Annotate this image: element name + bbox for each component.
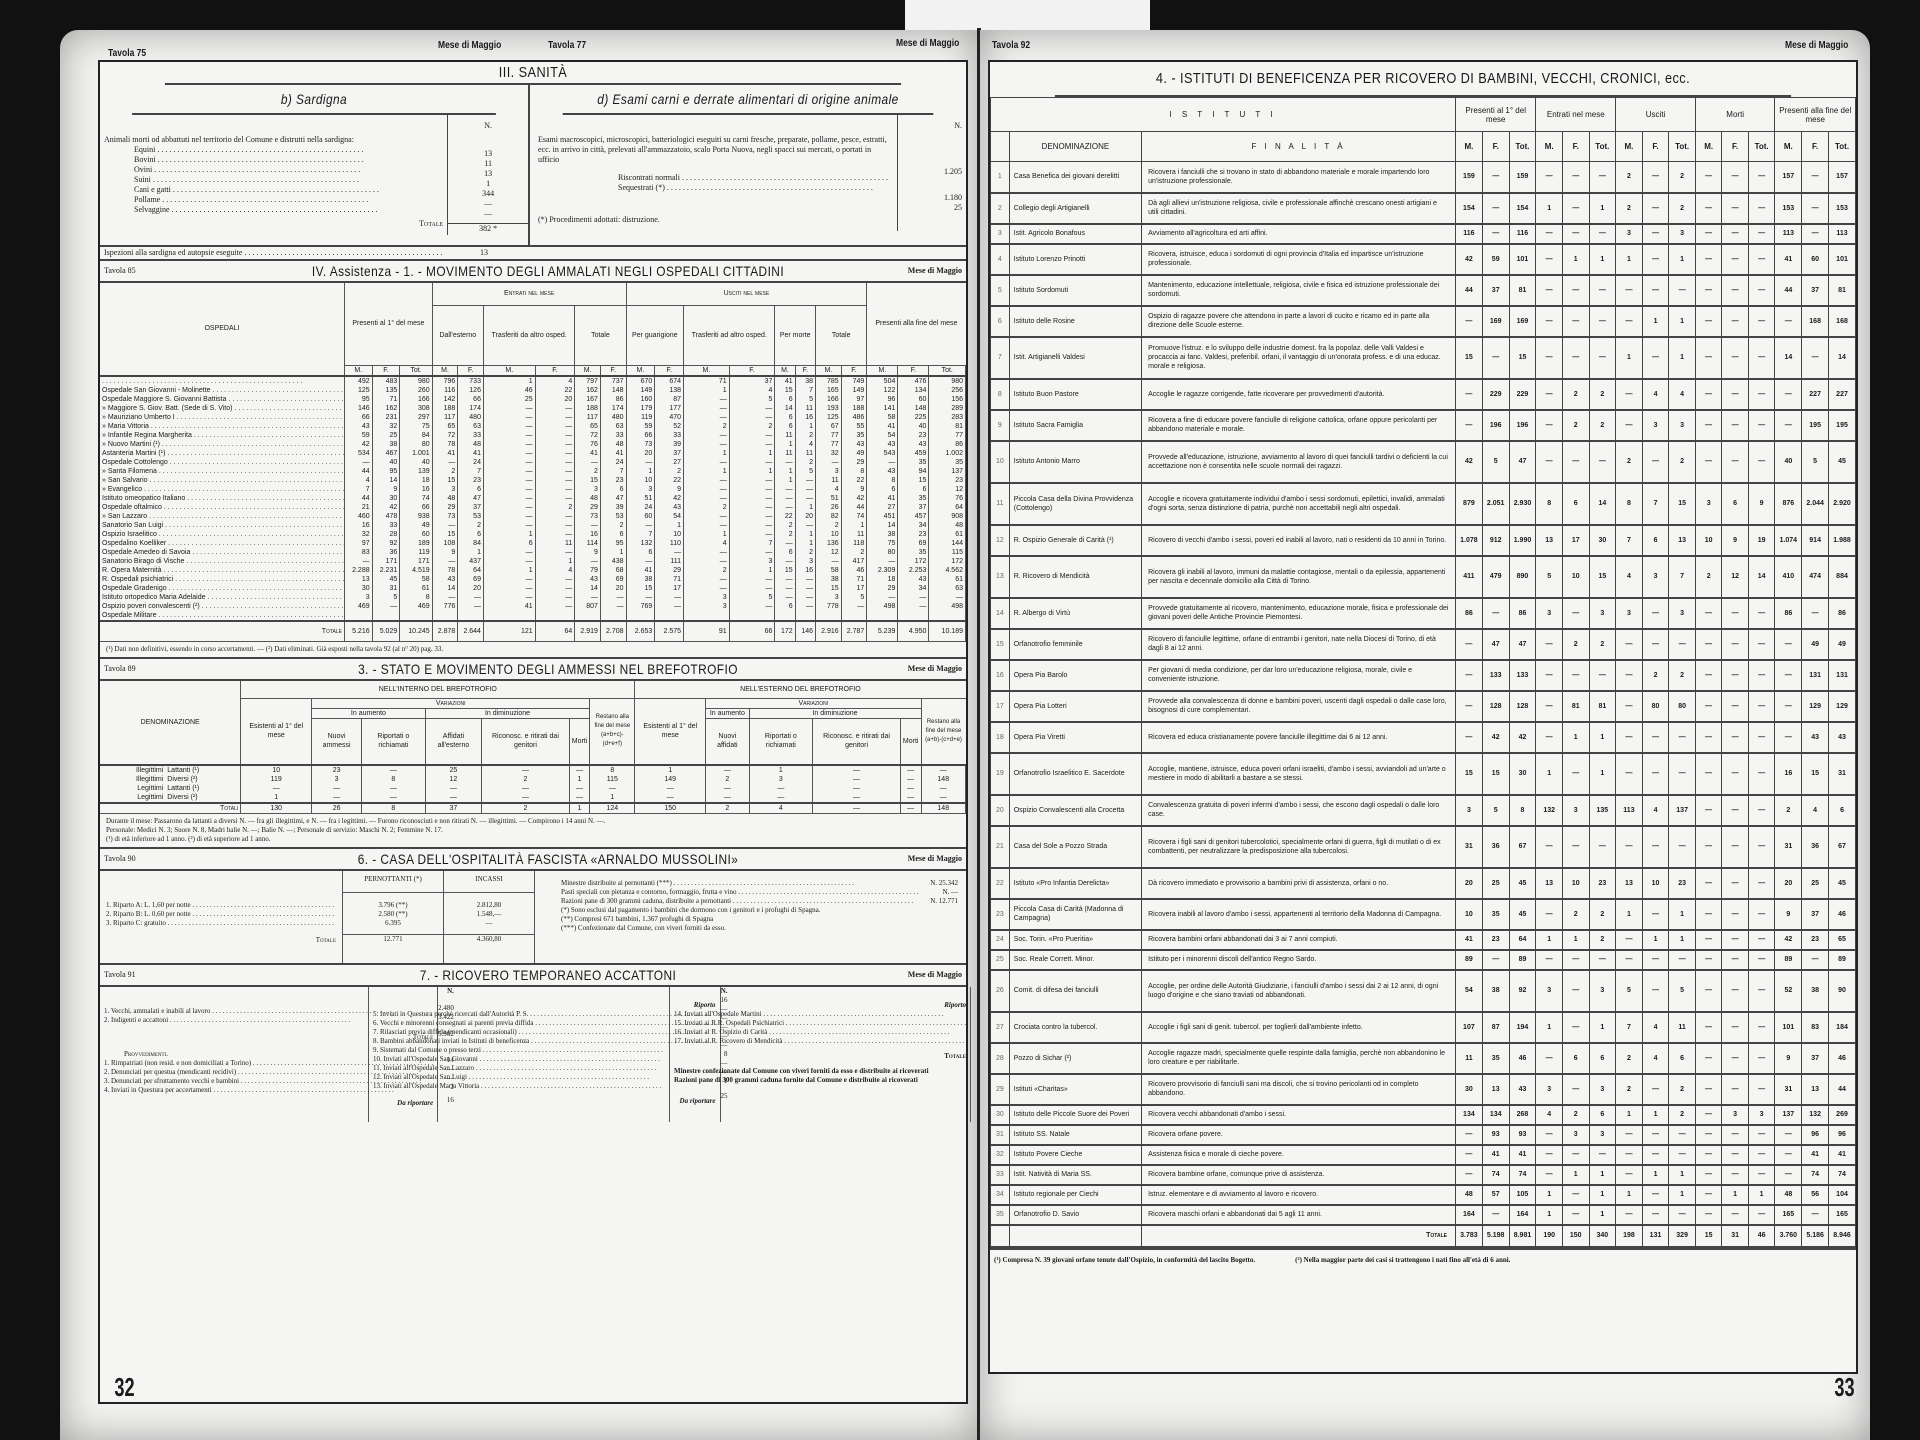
row-number: 16	[991, 660, 1010, 691]
cell-value: 9	[1722, 525, 1748, 556]
cell-value: 66	[345, 413, 373, 422]
cell-value: 61	[400, 584, 432, 593]
cell-value: 36	[372, 548, 400, 557]
cell-value: 4	[1642, 795, 1669, 826]
cell-value: 81	[1562, 691, 1589, 722]
cell-value: 12	[929, 485, 966, 494]
da-riportare-label: Da riportare	[373, 1097, 716, 1106]
cell-value: 149	[635, 775, 706, 784]
cell-value: 4	[535, 566, 575, 575]
cell-value: —	[1562, 337, 1589, 379]
cell-value: —	[1748, 899, 1775, 930]
cell-value: 132	[1536, 795, 1563, 826]
cell-value: —	[1695, 1165, 1721, 1185]
cell-value: —	[1642, 598, 1669, 629]
table-row: 35Orfanotrofio D. SavioRicovera maschi o…	[991, 1205, 1856, 1225]
cell-value: 6	[1562, 483, 1589, 525]
cell-value: —	[1748, 1125, 1775, 1145]
cell-value: 437	[458, 557, 484, 566]
cell-value: 77	[816, 431, 842, 440]
accattoni-item: 5. Inviati in Questura perchè ricercati …	[373, 1010, 716, 1019]
institute-purpose: Dà agli allievi un'istruzione religiosa,…	[1142, 193, 1456, 224]
ospitalita-note: (**) Compresi 671 bambini, 1.367 profugh…	[561, 915, 958, 924]
institute-purpose: Ricovera bambini orfani abbandonati dai …	[1142, 930, 1456, 950]
group-label: Legittimi	[100, 784, 165, 793]
cell-value: 980	[929, 376, 966, 386]
institute-name: Pozzo di Sichar (²)	[1009, 1043, 1141, 1074]
cell-value: 115	[590, 775, 635, 784]
cell-value: —	[1642, 899, 1669, 930]
brefotrofio-title: 3. - STATO E MOVIMENTO DEGLI AMMESSI NEL…	[264, 661, 832, 677]
cell-value: —	[1695, 598, 1721, 629]
cell-value: 534	[345, 449, 373, 458]
cell-value: 7	[795, 386, 815, 395]
cell-value: 15	[1456, 753, 1483, 795]
row-number: 5	[991, 275, 1010, 306]
cell-value: 113	[1775, 224, 1802, 244]
cell-value: 1	[1536, 930, 1563, 950]
cell-value	[458, 611, 484, 621]
cell-value: —	[1722, 930, 1748, 950]
cell-value: 1	[1562, 244, 1589, 275]
cell-value: —	[1802, 598, 1829, 629]
cell-value: —	[483, 503, 535, 512]
cell-value: —	[1642, 1185, 1669, 1205]
row-number: 18	[991, 722, 1010, 753]
subheader-cell: M.	[432, 365, 458, 376]
cell-value: 7	[1616, 1012, 1643, 1043]
cell-value: 16	[795, 413, 815, 422]
cell-value	[535, 611, 575, 621]
col-presenti-fine: Presenti alla fine del mese	[867, 283, 966, 365]
subheader-cell: M.	[1616, 132, 1643, 162]
cell-value: —	[775, 584, 795, 593]
cell-value: —	[1722, 1012, 1748, 1043]
cell-value: 134	[1482, 1105, 1509, 1125]
cell-value: 4	[795, 440, 815, 449]
cell-value: 47	[1509, 441, 1536, 483]
cell-value: 61	[929, 575, 966, 584]
cell-value: —	[921, 765, 966, 775]
row-number: 34	[991, 1185, 1010, 1205]
cell-value: 31	[1456, 826, 1483, 868]
cell-value: —	[1669, 950, 1696, 970]
cell-value: —	[655, 593, 684, 602]
institute-purpose: Accoglie ragazze madri, specialmente que…	[1142, 1043, 1456, 1074]
cell-value: —	[535, 413, 575, 422]
subheader-cell: F.	[841, 365, 867, 376]
cell-value: 4	[535, 376, 575, 386]
cell-value: —	[535, 404, 575, 413]
ospitalita-side-label: Pasti speciali con pietanza e contorno, …	[561, 888, 942, 897]
cell-value: —	[1562, 1074, 1589, 1105]
cell-value: —	[1722, 950, 1748, 970]
cell-value: 71	[372, 395, 400, 404]
institute-name: Istituto «Pro Infantia Derelicta»	[1009, 868, 1141, 899]
cell-value: 2	[1642, 660, 1669, 691]
cell-value: 45	[1509, 899, 1536, 930]
cell-value	[729, 611, 775, 621]
subheader-cell: Tot.	[400, 365, 432, 376]
institute-name: Comit. di difesa dei fanciulli	[1009, 970, 1141, 1012]
total-value: 8	[362, 803, 426, 813]
accattoni-item: 10. Inviati all'Ospedale San Giovanni	[373, 1055, 716, 1064]
cell-value: 1.001	[400, 449, 432, 458]
cell-value: 6	[775, 548, 795, 557]
group-label: Illegittimi	[100, 765, 165, 775]
cell-value: 46	[1829, 899, 1856, 930]
cell-value: 3	[729, 557, 775, 566]
cell-value: —	[775, 539, 795, 548]
cell-value: 7	[458, 467, 484, 476]
cell-value: 11	[795, 404, 815, 413]
cell-value: 111	[655, 557, 684, 566]
cell-value: 20	[458, 584, 484, 593]
cell-value: 438	[600, 557, 626, 566]
subheader-cell: F.	[535, 365, 575, 376]
cell-value: —	[1616, 410, 1643, 441]
cell-value: 1	[749, 765, 813, 775]
subheader-cell: F.	[795, 365, 815, 376]
cell-value: 469	[345, 602, 373, 611]
cell-value: 2	[684, 503, 730, 512]
col-esistenti-est: Esistenti al 1° del mese	[635, 699, 706, 765]
cell-value: 14	[432, 584, 458, 593]
left-content-frame: III. SANITÀ b) Sardigna Animali morti od…	[98, 60, 968, 1404]
row-number: 29	[991, 1074, 1010, 1105]
institute-purpose: Istruz. elementare e di avviamento al la…	[1142, 1185, 1456, 1205]
cell-value: —	[1695, 275, 1721, 306]
cell-value: —	[535, 512, 575, 521]
cell-value: —	[635, 784, 706, 793]
total-value: 329	[1669, 1225, 1696, 1247]
cell-value: 87	[655, 395, 684, 404]
cell-value: 65	[432, 422, 458, 431]
col-in-diminuzione-est: In diminuzione	[749, 709, 921, 719]
cell-value: —	[1456, 410, 1483, 441]
cell-value: 13	[1536, 525, 1563, 556]
cell-value: —	[795, 494, 815, 503]
cell-value: 125	[816, 413, 842, 422]
cell-value: —	[1748, 950, 1775, 970]
cell-value: 670	[626, 376, 655, 386]
cell-value: 31	[1775, 1074, 1802, 1105]
cell-value: 15	[626, 584, 655, 593]
cell-value: —	[635, 793, 706, 803]
cell-value: 1	[795, 422, 815, 431]
cell-value: 11	[775, 449, 795, 458]
cell-value: 95	[345, 395, 373, 404]
cell-value: 133	[1482, 660, 1509, 691]
institute-purpose: Ricovera orfane povere.	[1142, 1125, 1456, 1145]
cell-value: 30	[372, 494, 400, 503]
cell-value: —	[569, 765, 590, 775]
cell-value: —	[432, 458, 458, 467]
cell-value: 3	[1562, 1125, 1589, 1145]
cell-value: 227	[1829, 379, 1856, 410]
total-value: 4.950	[898, 621, 929, 641]
accattoni-item: 7. Rilasciati previa diffida (mendicanti…	[373, 1028, 716, 1037]
cell-value: 164	[1456, 1205, 1483, 1225]
cell-value: 474	[1802, 556, 1829, 598]
totals-row: Totali130268372112415024——148	[100, 803, 966, 813]
cell-value: 3	[1589, 1125, 1616, 1145]
institute-name: Istituto Sordomuti	[1009, 275, 1141, 306]
cell-value: —	[1695, 441, 1721, 483]
cell-value: 37	[1802, 275, 1829, 306]
cell-value: —	[1589, 1145, 1616, 1165]
cell-value: 5	[795, 467, 815, 476]
cell-value	[626, 611, 655, 621]
cell-value: 41	[775, 376, 795, 386]
sardigna-item: Equini	[134, 145, 443, 155]
cell-value: 14	[575, 584, 601, 593]
cell-value: 44	[1775, 275, 1802, 306]
sardigna-item: Ovini	[134, 165, 443, 175]
cell-value: —	[795, 575, 815, 584]
institute-purpose: Accoglie, per ordine delle Autorità Giud…	[1142, 970, 1456, 1012]
cell-value: —	[655, 602, 684, 611]
cell-value: —	[1642, 629, 1669, 660]
cell-value: —	[1482, 337, 1509, 379]
cell-value: 1.990	[1509, 525, 1536, 556]
cell-value: —	[1775, 660, 1802, 691]
cell-value: 37	[655, 449, 684, 458]
cell-value: 5	[1482, 441, 1509, 483]
cell-value: 8	[867, 476, 898, 485]
cell-value: —	[483, 458, 535, 467]
total-value: 121	[483, 621, 535, 641]
cell-value: 84	[458, 539, 484, 548]
institute-name: Istit. Natività di Maria SS.	[1009, 1165, 1141, 1185]
institute-purpose: Ricovera gli inabili al lavoro, immuni d…	[1142, 556, 1456, 598]
cell-value: —	[1589, 337, 1616, 379]
cell-value: 48	[600, 440, 626, 449]
cell-value: 1	[1589, 1205, 1616, 1225]
cell-value: 86	[929, 440, 966, 449]
cell-value: —	[1616, 753, 1643, 795]
cell-value: —	[569, 784, 590, 793]
cell-value: 1	[1536, 1185, 1563, 1205]
table-row: 29Istituti «Charitas»Ricovero provvisori…	[991, 1074, 1856, 1105]
cell-value: —	[1616, 691, 1643, 722]
cell-value: 59	[345, 431, 373, 440]
pernottanti-value: 6.395	[343, 919, 443, 928]
row-number: 27	[991, 1012, 1010, 1043]
cell-value: —	[1722, 441, 1748, 483]
cell-value: —	[1669, 629, 1696, 660]
cell-value: 1	[483, 376, 535, 386]
cell-value: 159	[1456, 162, 1483, 193]
right-mese-label: Mese di Maggio	[1785, 40, 1848, 51]
cell-value: 17	[1562, 525, 1589, 556]
ispezioni-value: 13	[444, 248, 524, 258]
cell-value: —	[1536, 722, 1563, 753]
cell-value: 193	[816, 404, 842, 413]
cell-value: 40	[898, 422, 929, 431]
cell-value: —	[729, 476, 775, 485]
institute-purpose: Ricovero di vecchi d'ambo i sessi, pover…	[1142, 525, 1456, 556]
right-content-frame: 4. - ISTITUTI DI BENEFICENZA PER RICOVER…	[988, 60, 1858, 1374]
cell-value: —	[684, 476, 730, 485]
cell-value: —	[1748, 1145, 1775, 1165]
cell-value: —	[1722, 1043, 1748, 1074]
tavola-92-label: Tavola 92	[992, 40, 1030, 51]
cell-value: —	[795, 521, 815, 530]
cell-value: —	[921, 784, 966, 793]
cell-value: 10	[241, 765, 312, 775]
col-incassi: INCASSI	[444, 871, 534, 893]
cell-value: 101	[1829, 244, 1856, 275]
cell-value: 49	[1802, 629, 1829, 660]
cell-value	[432, 611, 458, 621]
cell-value: —	[1748, 337, 1775, 379]
cell-value: 15	[898, 476, 929, 485]
cell-value: —	[684, 431, 730, 440]
cell-value: 6	[867, 485, 898, 494]
total-value: 2.653	[626, 621, 655, 641]
cell-value: —	[1722, 795, 1748, 826]
cell-value: 51	[626, 494, 655, 503]
total-value: 26	[312, 803, 362, 813]
cell-value: —	[1802, 950, 1829, 970]
cell-value: —	[1536, 826, 1563, 868]
row-number: 14	[991, 598, 1010, 629]
cell-value: —	[1642, 950, 1669, 970]
cell-value: 15	[1589, 556, 1616, 598]
cell-value: 52	[1775, 970, 1802, 1012]
cell-value: 36	[1482, 826, 1509, 868]
cell-value: —	[1642, 441, 1669, 483]
cell-value: —	[1722, 868, 1748, 899]
cell-value: 1	[1589, 1012, 1616, 1043]
cell-value: 131	[1802, 660, 1829, 691]
cell-value: 3	[1536, 1074, 1563, 1105]
institute-purpose: Ricovera a fine di educare povere fanciu…	[1142, 410, 1456, 441]
cell-value: 76	[929, 494, 966, 503]
cell-value: 31	[1775, 826, 1802, 868]
subheader-cell: M.	[684, 365, 730, 376]
istituti-subheader-row: DENOMINAZIONE F I N A L I T À M.F.Tot.M.…	[991, 132, 1856, 162]
cell-value: 674	[655, 376, 684, 386]
col-in-aumento: In aumento	[312, 709, 426, 719]
cell-value: —	[1775, 410, 1802, 441]
cell-value: —	[483, 449, 535, 458]
cell-value: 20	[600, 584, 626, 593]
cell-value: —	[921, 793, 966, 803]
cell-value: —	[425, 784, 481, 793]
cell-value: 74	[1509, 1165, 1536, 1185]
cell-value: 72	[432, 431, 458, 440]
total-value: 150	[635, 803, 706, 813]
cell-value: —	[1642, 753, 1669, 795]
cell-value: 68	[600, 566, 626, 575]
mese-label: Mese di Maggio	[438, 40, 501, 51]
cell-value: 35	[898, 548, 929, 557]
cell-value: —	[483, 494, 535, 503]
sardigna-value: —	[448, 209, 528, 219]
cell-value: 2	[1616, 1074, 1643, 1105]
ospitalita-side-value: N. 25.342	[930, 879, 958, 888]
cell-value: —	[1589, 441, 1616, 483]
cell-value: —	[1562, 950, 1589, 970]
cell-value: —	[432, 593, 458, 602]
cell-value: —	[729, 440, 775, 449]
cell-value: 86	[1456, 598, 1483, 629]
institute-name: Istituto Povere Cieche	[1009, 1145, 1141, 1165]
table-row: R. Ospedali psichiatrici1345584369——4369…	[100, 575, 966, 584]
cell-value: —	[1748, 244, 1775, 275]
cell-value: —	[684, 557, 730, 566]
cell-value: 11	[535, 539, 575, 548]
hospital-name: Ospedale Amedeo di Savoia	[100, 548, 345, 557]
table-row: Ospedale Maggiore S. Giovanni Battista95…	[100, 395, 966, 404]
cell-value: 40	[400, 458, 432, 467]
cell-value: 37	[1802, 1043, 1829, 1074]
col-morti: Morti	[1695, 98, 1774, 132]
institute-name: Istituto delle Piccole Suore dei Poveri	[1009, 1105, 1141, 1125]
institute-name: Istituto Antonio Marro	[1009, 441, 1141, 483]
cell-value: 908	[929, 512, 966, 521]
cell-value: —	[1642, 1074, 1669, 1105]
cell-value: 268	[1509, 1105, 1536, 1125]
table-row: » Evangelico791636——3639————496612	[100, 485, 966, 494]
cell-value: 912	[1482, 525, 1509, 556]
hospital-name: » Evangelico	[100, 485, 345, 494]
cell-value: —	[1562, 826, 1589, 868]
cell-value: 4	[1802, 795, 1829, 826]
cell-value: 24	[458, 458, 484, 467]
cell-value: —	[729, 575, 775, 584]
cell-value: 3	[1669, 410, 1696, 441]
cell-value: 1.074	[1775, 525, 1802, 556]
cell-value: 879	[1456, 483, 1483, 525]
cell-value: —	[535, 521, 575, 530]
accattoni-item: 13. Inviati all'Ospedale Maria Vittoria	[373, 1082, 716, 1091]
institute-purpose: Ricovera maschi orfani e abbandonati dai…	[1142, 1205, 1456, 1225]
cell-value: —	[813, 784, 901, 793]
cell-value: 54	[655, 512, 684, 521]
cell-value: 1	[1642, 1165, 1669, 1185]
cell-value: 4	[816, 485, 842, 494]
row-label: Diversi (²)	[165, 793, 241, 803]
cell-value: —	[1536, 660, 1563, 691]
cell-value: 39	[600, 503, 626, 512]
cell-value: 65	[575, 422, 601, 431]
hospital-name: Istituto omeopatico Italiano	[100, 494, 345, 503]
cell-value: —	[1695, 1145, 1721, 1165]
cell-value: 417	[841, 557, 867, 566]
cell-value: 884	[1829, 556, 1856, 598]
cell-value: 137	[1669, 795, 1696, 826]
cell-value: —	[1642, 1205, 1669, 1225]
col-variazioni: Variazioni	[312, 699, 590, 709]
col-nuovi-affidati: Nuovi affidati	[706, 719, 749, 765]
cell-value: —	[749, 784, 813, 793]
cell-value: 1	[1669, 337, 1696, 379]
cell-value: —	[1722, 1145, 1748, 1165]
cell-value: —	[575, 557, 601, 566]
cell-value: 128	[1482, 691, 1509, 722]
cell-value: 45	[1829, 868, 1856, 899]
cell-value: 1	[1589, 753, 1616, 795]
cell-value: 1	[1589, 244, 1616, 275]
cell-value: 1	[1669, 244, 1696, 275]
hospital-name: » Nuovo Martini (¹)	[100, 440, 345, 449]
cell-value: —	[1695, 950, 1721, 970]
cell-value: —	[1669, 1125, 1696, 1145]
cell-value: 6	[626, 548, 655, 557]
